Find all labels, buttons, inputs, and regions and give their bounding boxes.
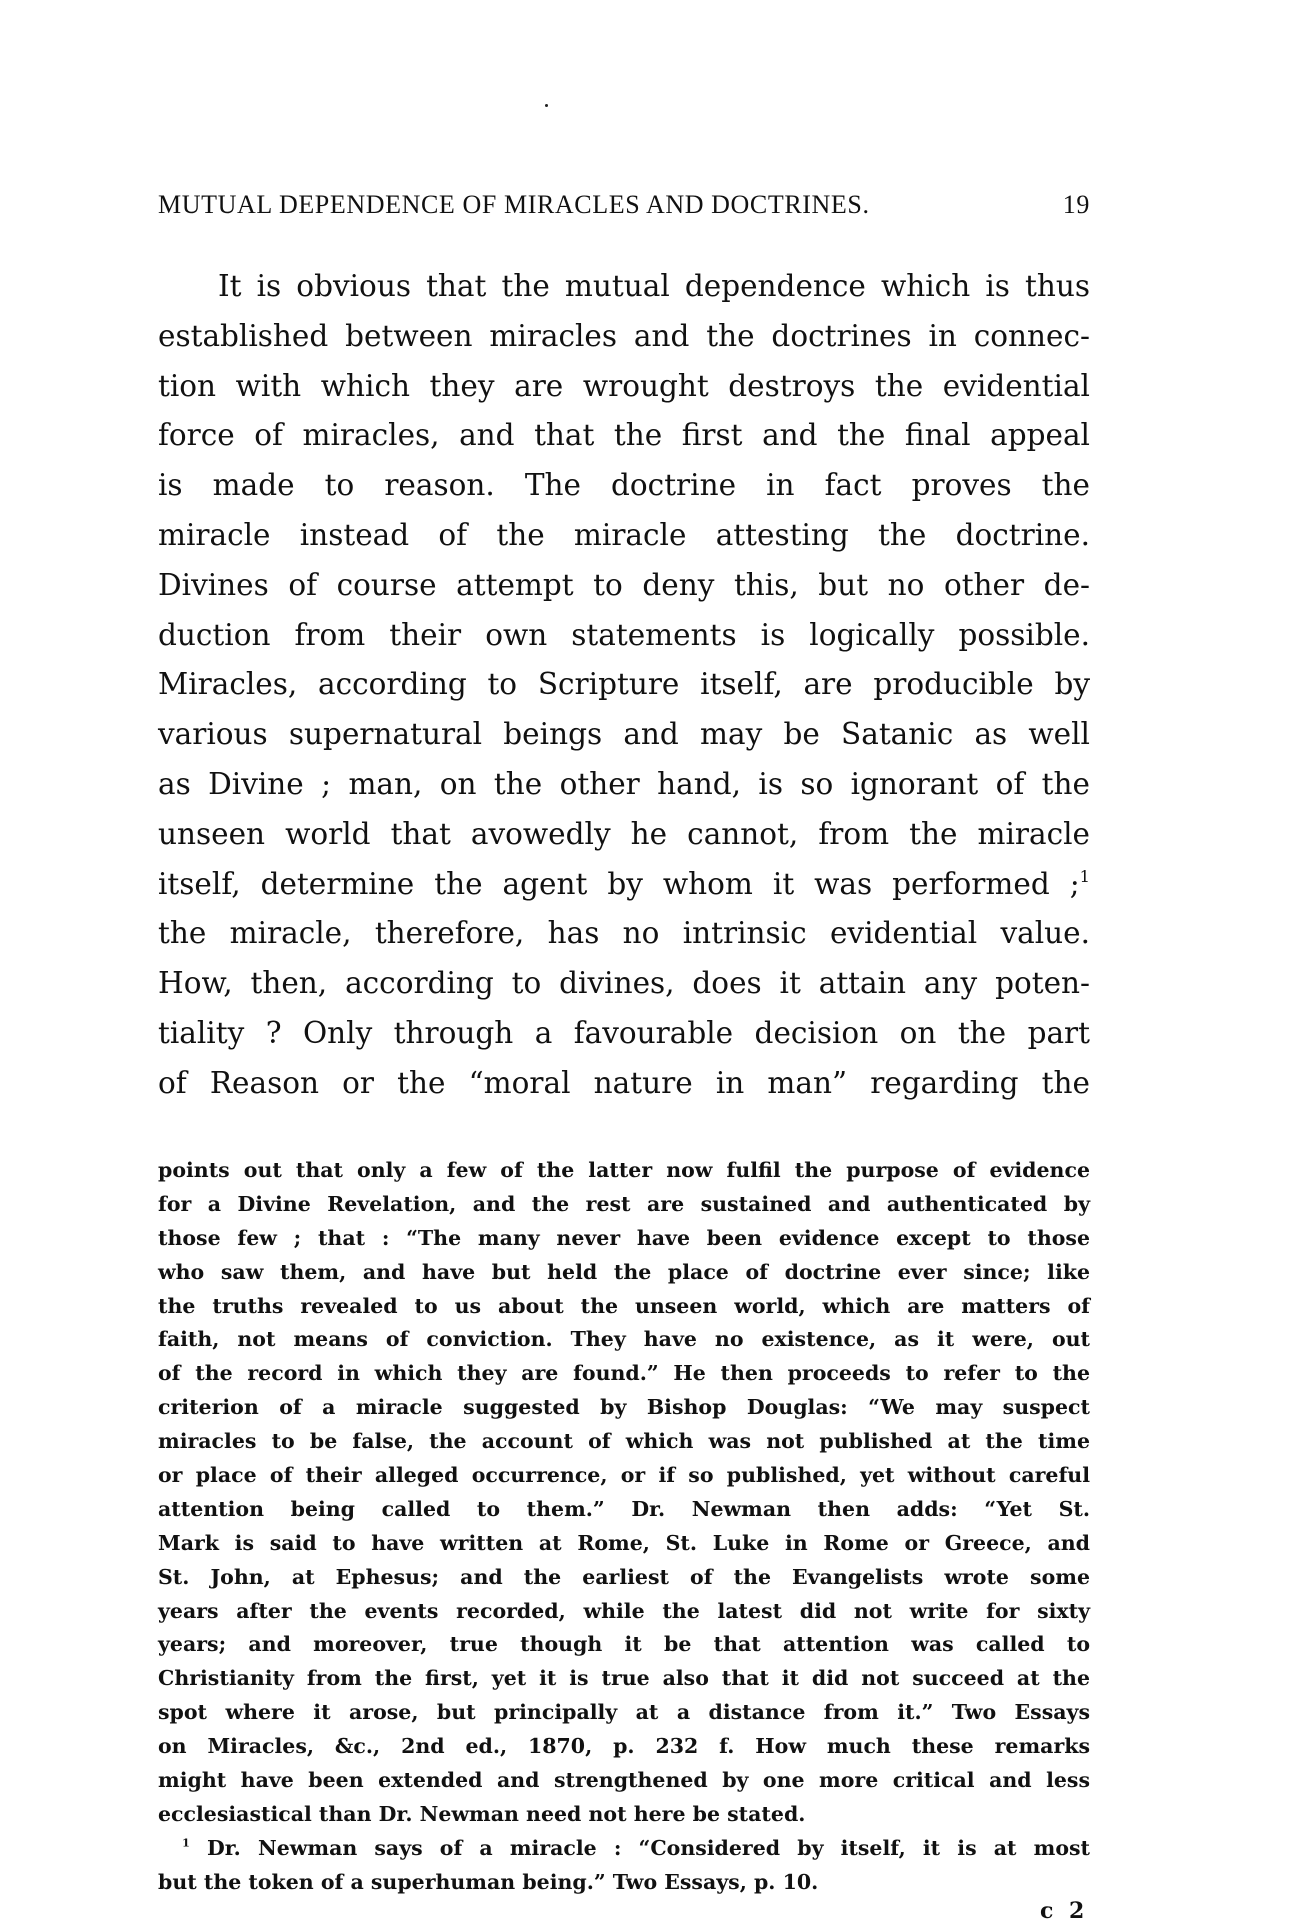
- body-line-with-footnote-ref: itself, determine the agent by whom it w…: [158, 860, 1090, 910]
- body-line: established between miracles and the doc…: [158, 312, 1090, 362]
- note-line: who saw them, and have but held the plac…: [158, 1256, 1090, 1290]
- running-head: MUTUAL DEPENDENCE OF MIRACLES AND DOCTRI…: [158, 190, 1090, 220]
- printing-speck: [545, 104, 548, 107]
- footnote-1-line: 1 Dr. Newman says of a miracle : “Consid…: [158, 1832, 1090, 1866]
- note-line: miracles to be false, the account of whi…: [158, 1425, 1090, 1459]
- body-line: It is obvious that the mutual dependence…: [158, 262, 1090, 312]
- note-line: attention being called to them.” Dr. New…: [158, 1493, 1090, 1527]
- running-head-title: MUTUAL DEPENDENCE OF MIRACLES AND DOCTRI…: [158, 190, 870, 220]
- body-line: tiality ? Only through a favourable deci…: [158, 1009, 1090, 1059]
- body-line: various supernatural beings and may be S…: [158, 710, 1090, 760]
- note-line: points out that only a few of the latter…: [158, 1154, 1090, 1188]
- signature-mark: c 2: [1040, 1898, 1088, 1924]
- note-line: the truths revealed to us about the unse…: [158, 1290, 1090, 1324]
- note-line: years after the events recorded, while t…: [158, 1595, 1090, 1629]
- body-line: as Divine ; man, on the other hand, is s…: [158, 760, 1090, 810]
- note-line: of the record in which they are found.” …: [158, 1357, 1090, 1391]
- body-line: force of miracles, and that the first an…: [158, 411, 1090, 461]
- note-line: Mark is said to have written at Rome, St…: [158, 1527, 1090, 1561]
- body-line: miracle instead of the miracle attesting…: [158, 511, 1090, 561]
- body-line: duction from their own statements is log…: [158, 611, 1090, 661]
- note-line: might have been extended and strengthene…: [158, 1764, 1090, 1798]
- footnotes: points out that only a few of the latter…: [158, 1154, 1090, 1900]
- body-line: of Reason or the “moral nature in man” r…: [158, 1059, 1090, 1109]
- note-line: those few ; that : “The many never have …: [158, 1222, 1090, 1256]
- note-line: faith, not means of conviction. They hav…: [158, 1323, 1090, 1357]
- note-line: St. John, at Ephesus; and the earliest o…: [158, 1561, 1090, 1595]
- note-line: years; and moreover, true though it be t…: [158, 1628, 1090, 1662]
- page-number: 19: [1063, 190, 1090, 220]
- main-paragraph: It is obvious that the mutual dependence…: [158, 262, 1090, 1109]
- note-line: Christianity from the first, yet it is t…: [158, 1662, 1090, 1696]
- body-line: the miracle, therefore, has no intrinsic…: [158, 909, 1090, 959]
- note-line: spot where it arose, but principally at …: [158, 1696, 1090, 1730]
- footnote-marker: 1: [182, 1835, 190, 1849]
- body-line: unseen world that avowedly he cannot, fr…: [158, 810, 1090, 860]
- note-line: on Miracles, &c., 2nd ed., 1870, p. 232 …: [158, 1730, 1090, 1764]
- note-line: criterion of a miracle suggested by Bish…: [158, 1391, 1090, 1425]
- body-line: Miracles, according to Scripture itself,…: [158, 660, 1090, 710]
- book-page: MUTUAL DEPENDENCE OF MIRACLES AND DOCTRI…: [0, 0, 1294, 1925]
- body-line: tion with which they are wrought destroy…: [158, 362, 1090, 412]
- body-line: How, then, according to divines, does it…: [158, 959, 1090, 1009]
- body-line: is made to reason. The doctrine in fact …: [158, 461, 1090, 511]
- body-line: Divines of course attempt to deny this, …: [158, 561, 1090, 611]
- footnote-reference[interactable]: 1: [1080, 866, 1090, 885]
- body-line-text: itself, determine the agent by whom it w…: [158, 867, 1080, 901]
- note-line: or place of their alleged occurrence, or…: [158, 1459, 1090, 1493]
- footnote-1-text: Dr. Newman says of a miracle : “Consider…: [207, 1836, 1090, 1860]
- note-line: for a Divine Revelation, and the rest ar…: [158, 1188, 1090, 1222]
- note-line: ecclesiastical than Dr. Newman need not …: [158, 1798, 1090, 1832]
- footnote-1-line: but the token of a superhuman being.” Tw…: [158, 1866, 1090, 1900]
